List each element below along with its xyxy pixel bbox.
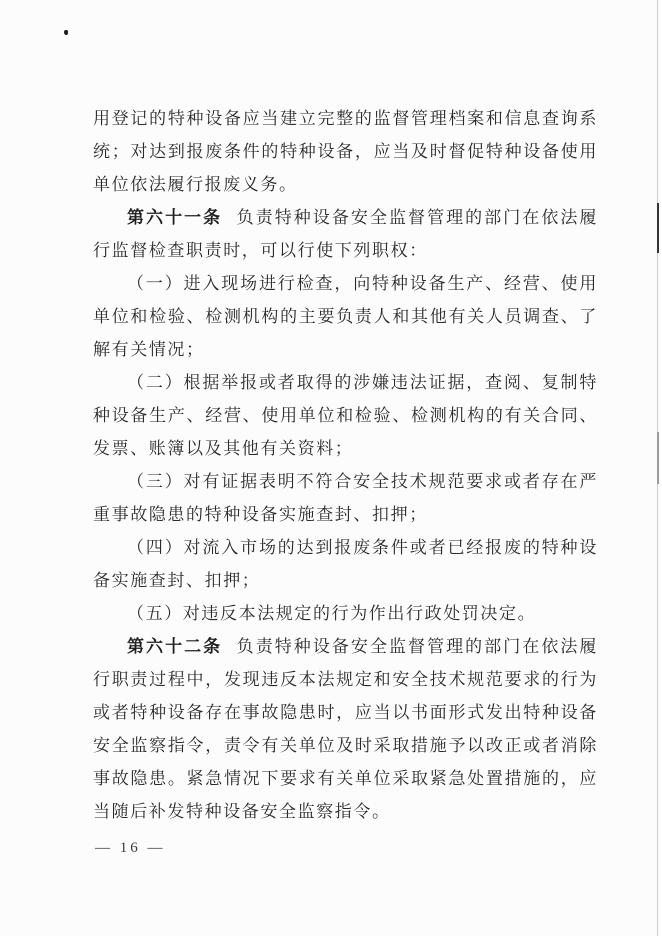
- paragraph: 第六十二条负责特种设备安全监督管理的部门在依法履行职责过程中，发现违反本法规定和…: [93, 630, 598, 828]
- page-number: — 16 —: [95, 840, 598, 857]
- paragraph: 第六十一条负责特种设备安全监督管理的部门在依法履行监督检查职责时，可以行使下列职…: [93, 201, 598, 267]
- paragraph: （四）对流入市场的达到报废条件或者已经报废的特种设备实施查封、扣押；: [93, 531, 598, 597]
- scan-speck: [64, 30, 68, 35]
- paragraph-text: （三）对有证据表明不符合安全技术规范要求或者存在严重事故隐患的特种设备实施查封、…: [93, 472, 598, 524]
- document-body: 用登记的特种设备应当建立完整的监督管理档案和信息查询系统；对达到报废条件的特种设…: [93, 102, 598, 857]
- article-number: 第六十一条: [127, 208, 222, 227]
- paragraph: 用登记的特种设备应当建立完整的监督管理档案和信息查询系统；对达到报废条件的特种设…: [93, 102, 598, 201]
- paragraph: （五）对违反本法规定的行为作出行政处罚决定。: [93, 597, 598, 630]
- paragraph-text: 用登记的特种设备应当建立完整的监督管理档案和信息查询系统；对达到报废条件的特种设…: [93, 109, 598, 194]
- paragraph: （二）根据举报或者取得的涉嫌违法证据，查阅、复制特种设备生产、经营、使用单位和检…: [93, 366, 598, 465]
- document-page: 用登记的特种设备应当建立完整的监督管理档案和信息查询系统；对达到报废条件的特种设…: [0, 0, 662, 936]
- paragraph-text: （一）进入现场进行检查，向特种设备生产、经营、使用单位和检验、检测机构的主要负责…: [93, 274, 598, 359]
- paragraph: （一）进入现场进行检查，向特种设备生产、经营、使用单位和检验、检测机构的主要负责…: [93, 267, 598, 366]
- scan-edge-mark-light: [657, 432, 659, 484]
- article-number: 第六十二条: [127, 637, 222, 656]
- paragraph: （三）对有证据表明不符合安全技术规范要求或者存在严重事故隐患的特种设备实施查封、…: [93, 465, 598, 531]
- paragraph-text: 负责特种设备安全监督管理的部门在依法履行职责过程中，发现违反本法规定和安全技术规…: [93, 637, 598, 821]
- paragraph-text: （四）对流入市场的达到报废条件或者已经报废的特种设备实施查封、扣押；: [93, 538, 598, 590]
- paragraph-text: （五）对违反本法规定的行为作出行政处罚决定。: [127, 604, 536, 623]
- scan-edge-mark-dark: [657, 203, 659, 253]
- paragraph-text: （二）根据举报或者取得的涉嫌违法证据，查阅、复制特种设备生产、经营、使用单位和检…: [93, 373, 598, 458]
